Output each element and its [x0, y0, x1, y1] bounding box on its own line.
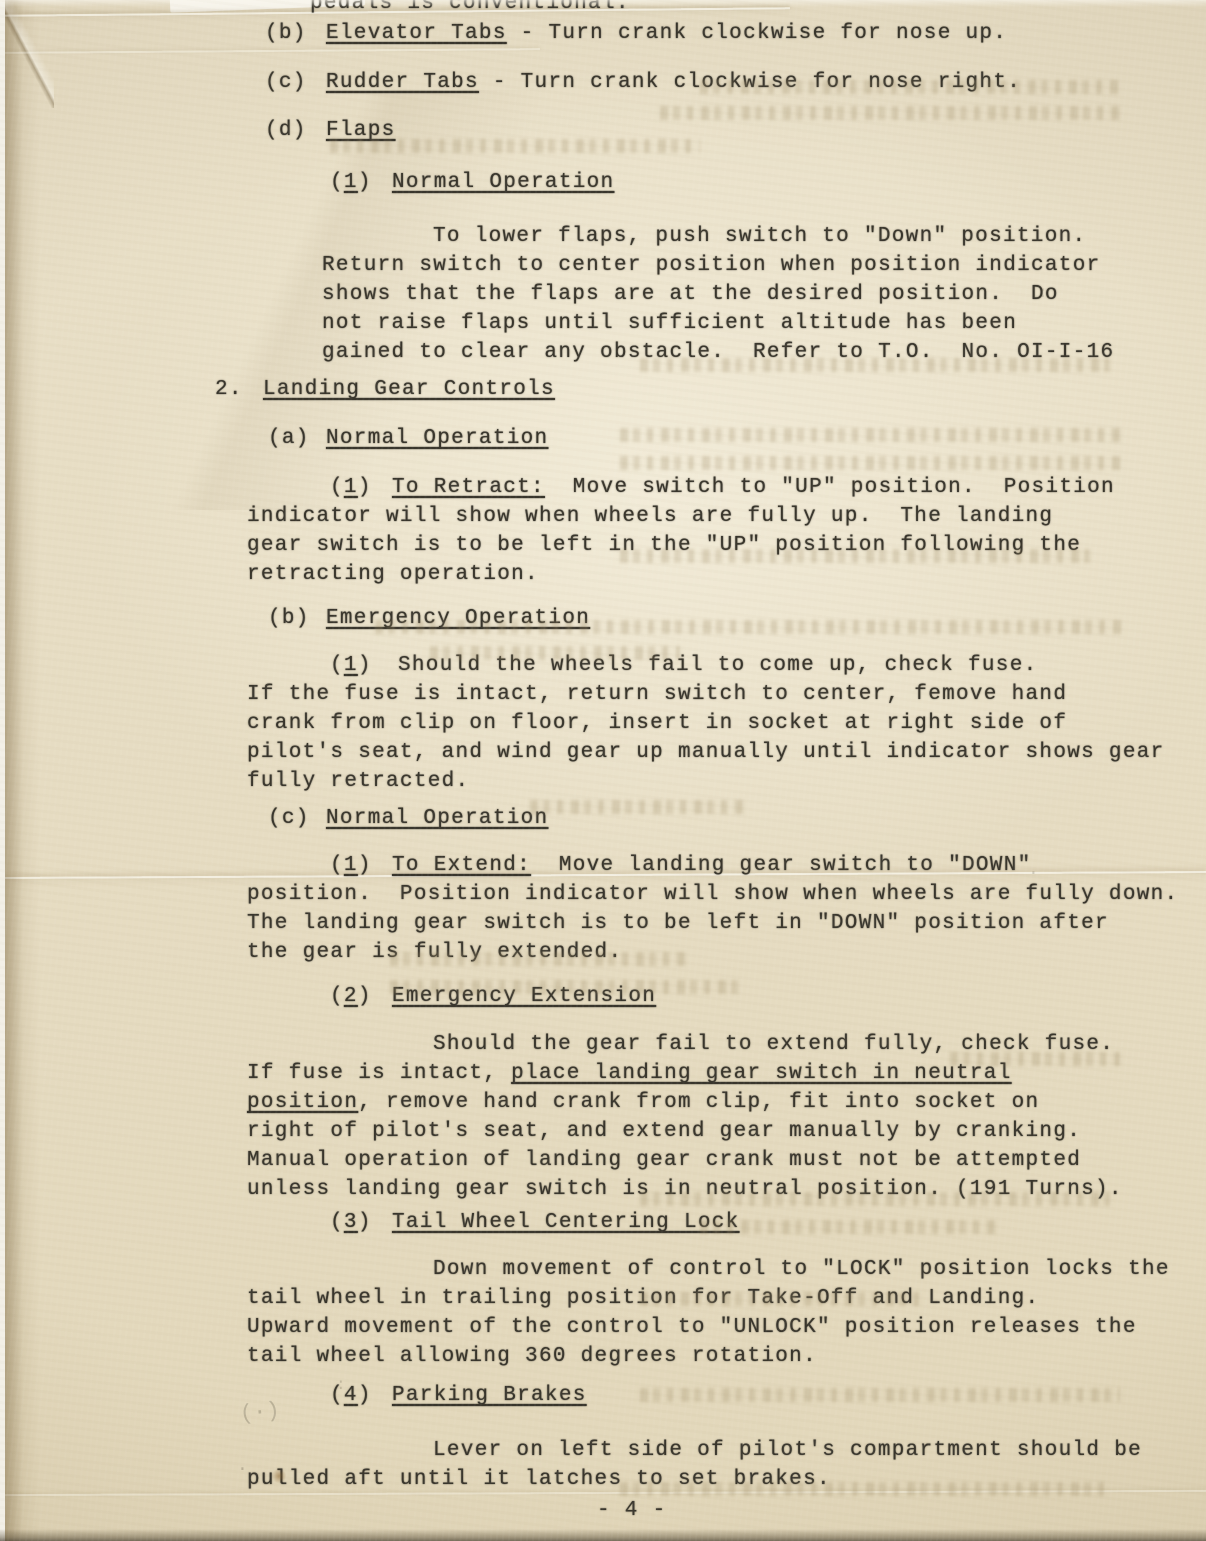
item-c-marker: (c) [265, 70, 307, 96]
item-c-text: Rudder Tabs - Turn crank clockwise for n… [326, 70, 1021, 96]
page-number: - 4 - [597, 1498, 667, 1524]
item-c2-heading: Normal Operation [326, 806, 548, 832]
bleed-through-text [530, 800, 745, 814]
extend-line: the gear is fully extended. [247, 940, 622, 966]
retract-line: To Retract: Move switch to "UP" position… [392, 475, 1115, 501]
emerg-op-marker: (1) [330, 653, 372, 679]
section-2-heading: Landing Gear Controls [263, 377, 555, 403]
emerg-op-line: fully retracted. [247, 769, 469, 795]
extend-line: position. Position indicator will show w… [247, 882, 1178, 908]
extend-marker: (1) [330, 853, 372, 879]
retract-marker: (1) [330, 475, 372, 501]
emerg-ext-marker: (2) [330, 984, 372, 1010]
emerg-op-line: pilot's seat, and wind gear up manually … [247, 740, 1165, 766]
flaps-normal-op-heading: Normal Operation [392, 170, 614, 196]
emerg-ext-line: right of pilot's seat, and extend gear m… [247, 1119, 1081, 1145]
item-c2-marker: (c) [268, 806, 310, 832]
bleed-through-text [640, 1388, 1120, 1402]
emerg-op-line: crank from clip on floor, insert in sock… [247, 711, 1067, 737]
tail-wheel-marker: (3) [330, 1210, 372, 1236]
bleed-through-text [700, 1220, 1000, 1234]
flaps-para-line: gained to clear any obstacle. Refer to T… [322, 340, 1114, 366]
flaps-normal-op-marker: (1) [330, 170, 372, 196]
bleed-through-text [620, 428, 1120, 442]
item-b2-marker: (b) [268, 606, 310, 632]
section-2-number: 2. [215, 377, 243, 403]
scan-edge-left-shadow [5, 0, 23, 1541]
extend-line: To Extend: Move landing gear switch to "… [392, 853, 1032, 879]
flaps-para-line: shows that the flaps are at the desired … [322, 282, 1059, 308]
retract-line: gear switch is to be left in the "UP" po… [247, 533, 1081, 559]
flaps-para-line: Return switch to center position when po… [322, 253, 1101, 279]
parking-brakes-heading: Parking Brakes [392, 1383, 587, 1409]
item-d-text: Flaps [326, 118, 396, 144]
tail-wheel-line: tail wheel in trailing position for Take… [247, 1286, 1039, 1312]
item-b2-heading: Emergency Operation [326, 606, 590, 632]
emerg-ext-line: Should the gear fail to extend fully, ch… [433, 1032, 1114, 1058]
emerg-ext-line: Manual operation of landing gear crank m… [247, 1148, 1081, 1174]
retract-line: indicator will show when wheels are full… [247, 504, 1053, 530]
retract-line: retracting operation. [247, 562, 539, 588]
fold-crease-top-secondary [0, 48, 540, 54]
emerg-ext-line: unless landing gear switch is in neutral… [247, 1177, 1123, 1203]
bleed-through-text [620, 456, 1120, 470]
bleed-through-text [660, 106, 1120, 120]
item-d-marker: (d) [265, 118, 307, 144]
tail-wheel-line: Down movement of control to "LOCK" posit… [433, 1257, 1170, 1283]
scanned-page: pedals is conventional.(b)Elevator Tabs … [0, 0, 1206, 1541]
parking-brakes-line: Lever on left side of pilot's compartmen… [433, 1438, 1142, 1464]
emerg-op-line: Should the wheels fail to come up, check… [398, 653, 1038, 679]
item-b-marker: (b) [265, 21, 307, 47]
extend-line: The landing gear switch is to be left in… [247, 911, 1109, 937]
emerg-ext-heading: Emergency Extension [392, 984, 656, 1010]
parking-brakes-marker: (4) [330, 1383, 372, 1409]
flaps-para-line: not raise flaps until sufficient altitud… [322, 311, 1017, 337]
emerg-op-line: If the fuse is intact, return switch to … [247, 682, 1067, 708]
parking-brakes-line: pulled aft until it latches to set brake… [247, 1467, 831, 1493]
emerg-ext-line: If fuse is intact, place landing gear sw… [247, 1061, 1012, 1087]
emerg-ext-line: position, remove hand crank from clip, f… [247, 1090, 1039, 1116]
scan-edge-bottom [0, 1529, 1206, 1541]
tail-wheel-line: tail wheel allowing 360 degrees rotation… [247, 1344, 817, 1370]
tail-wheel-heading: Tail Wheel Centering Lock [392, 1210, 740, 1236]
item-a-heading: Normal Operation [326, 426, 548, 452]
scan-edge-top [0, 0, 1206, 7]
flaps-para-line: To lower flaps, push switch to "Down" po… [433, 224, 1086, 250]
item-b-text: Elevator Tabs - Turn crank clockwise for… [326, 21, 1007, 47]
item-a-marker: (a) [268, 426, 310, 452]
pencil-mark: (·) [239, 1398, 281, 1427]
tail-wheel-line: Upward movement of the control to "UNLOC… [247, 1315, 1137, 1341]
